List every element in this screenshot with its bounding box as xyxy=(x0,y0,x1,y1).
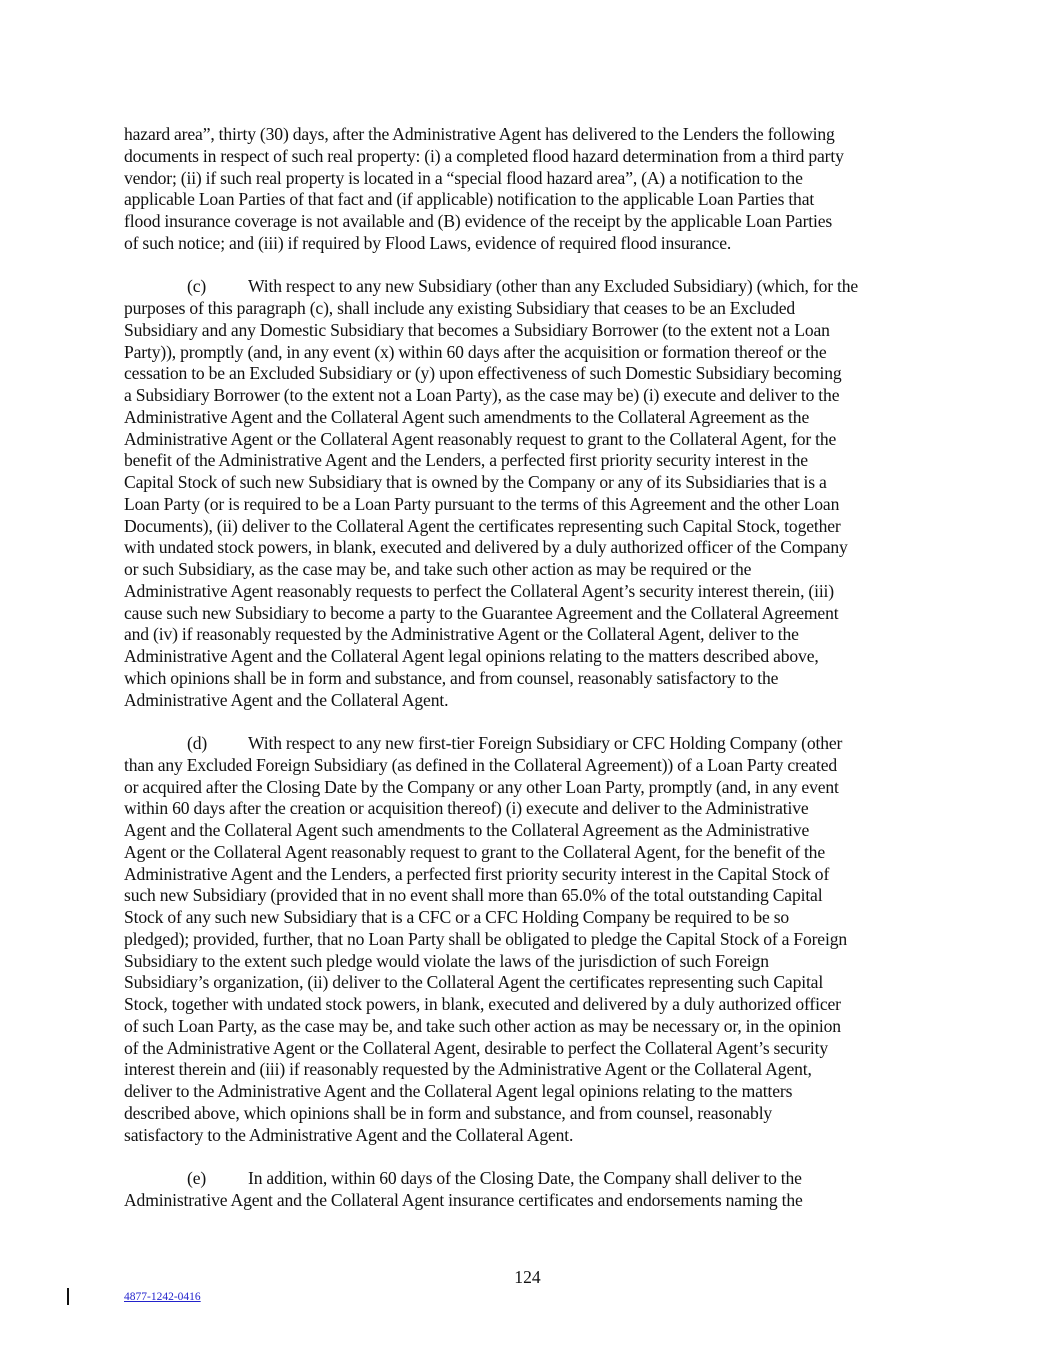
text-line: cause such new Subsidiary to become a pa… xyxy=(124,603,932,625)
text-line: satisfactory to the Administrative Agent… xyxy=(124,1125,932,1147)
paragraph-label: (d) xyxy=(187,733,248,755)
text-line: Administrative Agent reasonably requests… xyxy=(124,581,932,603)
text-line: such new Subsidiary (provided that in no… xyxy=(124,885,932,907)
text-line: Loan Party (or is required to be a Loan … xyxy=(124,494,932,516)
text-line: purposes of this paragraph (c), shall in… xyxy=(124,298,932,320)
text-line: Administrative Agent or the Collateral A… xyxy=(124,429,932,451)
text-line-content: With respect to any new Subsidiary (othe… xyxy=(248,276,858,296)
text-line-content: With respect to any new first-tier Forei… xyxy=(248,733,842,753)
text-line-first: (e)In addition, within 60 days of the Cl… xyxy=(124,1168,932,1190)
text-line: Administrative Agent and the Collateral … xyxy=(124,1190,932,1212)
text-line: or such Subsidiary, as the case may be, … xyxy=(124,559,932,581)
revision-change-bar xyxy=(67,1288,69,1305)
paragraph-e: (e)In addition, within 60 days of the Cl… xyxy=(124,1168,932,1212)
document-id-link[interactable]: 4877-1242-0416 xyxy=(124,1291,201,1303)
text-line: Administrative Agent and the Collateral … xyxy=(124,646,932,668)
text-line: interest therein and (iii) if reasonably… xyxy=(124,1059,932,1081)
text-line: described above, which opinions shall be… xyxy=(124,1103,932,1125)
document-page: hazard area”, thirty (30) days, after th… xyxy=(124,124,932,1233)
text-line-first: (c)With respect to any new Subsidiary (o… xyxy=(124,276,932,298)
text-line: hazard area”, thirty (30) days, after th… xyxy=(124,124,932,146)
text-line: of such Loan Party, as the case may be, … xyxy=(124,1016,932,1038)
paragraph-label: (e) xyxy=(187,1168,248,1190)
text-line: benefit of the Administrative Agent and … xyxy=(124,450,932,472)
text-line: Capital Stock of such new Subsidiary tha… xyxy=(124,472,932,494)
text-line: Agent and the Collateral Agent such amen… xyxy=(124,820,932,842)
text-line: Subsidiary’s organization, (ii) deliver … xyxy=(124,972,932,994)
paragraph-c: (c)With respect to any new Subsidiary (o… xyxy=(124,276,932,711)
text-line: Stock of any such new Subsidiary that is… xyxy=(124,907,932,929)
text-line: Stock, together with undated stock power… xyxy=(124,994,932,1016)
text-line: cessation to be an Excluded Subsidiary o… xyxy=(124,363,932,385)
text-line: with undated stock powers, in blank, exe… xyxy=(124,537,932,559)
text-line: of the Administrative Agent or the Colla… xyxy=(124,1038,932,1060)
text-line: which opinions shall be in form and subs… xyxy=(124,668,932,690)
text-line: deliver to the Administrative Agent and … xyxy=(124,1081,932,1103)
text-line-first: (d)With respect to any new first-tier Fo… xyxy=(124,733,932,755)
text-line: Administrative Agent and the Collateral … xyxy=(124,407,932,429)
text-line: flood insurance coverage is not availabl… xyxy=(124,211,932,233)
text-line: Documents), (ii) deliver to the Collater… xyxy=(124,516,932,538)
text-line: Administrative Agent and the Collateral … xyxy=(124,690,932,712)
text-line: applicable Loan Parties of that fact and… xyxy=(124,189,932,211)
text-line: within 60 days after the creation or acq… xyxy=(124,798,932,820)
text-line: a Subsidiary Borrower (to the extent not… xyxy=(124,385,932,407)
text-line: documents in respect of such real proper… xyxy=(124,146,932,168)
text-line: Subsidiary and any Domestic Subsidiary t… xyxy=(124,320,932,342)
paragraph-label: (c) xyxy=(187,276,248,298)
paragraph-continuation: hazard area”, thirty (30) days, after th… xyxy=(124,124,932,255)
text-line: vendor; (ii) if such real property is lo… xyxy=(124,168,932,190)
text-line: Agent or the Collateral Agent reasonably… xyxy=(124,842,932,864)
text-line: and (iv) if reasonably requested by the … xyxy=(124,624,932,646)
text-line-content: In addition, within 60 days of the Closi… xyxy=(248,1168,802,1188)
text-line: Administrative Agent and the Lenders, a … xyxy=(124,864,932,886)
text-line: than any Excluded Foreign Subsidiary (as… xyxy=(124,755,932,777)
text-line: Subsidiary to the extent such pledge wou… xyxy=(124,951,932,973)
text-line: or acquired after the Closing Date by th… xyxy=(124,777,932,799)
text-line: of such notice; and (iii) if required by… xyxy=(124,233,932,255)
page-number: 124 xyxy=(0,1267,1055,1288)
text-line: pledged); provided, further, that no Loa… xyxy=(124,929,932,951)
paragraph-d: (d)With respect to any new first-tier Fo… xyxy=(124,733,932,1146)
text-line: Party)), promptly (and, in any event (x)… xyxy=(124,342,932,364)
